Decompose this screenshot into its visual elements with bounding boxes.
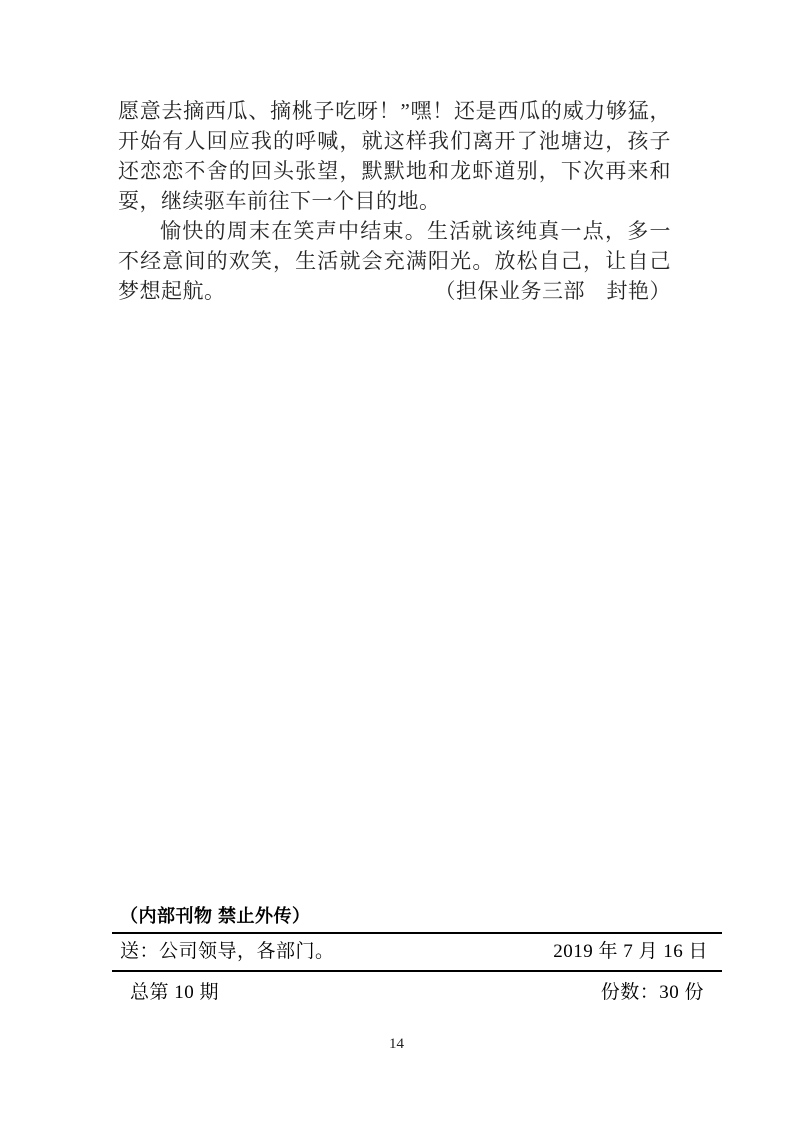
page-number: 14 — [0, 1036, 793, 1053]
document-page: 愿意去摘西瓜、摘桃子吃呀！”嘿！还是西瓜的威力够猛， 开始有人回应我的呼喊，就这… — [0, 0, 793, 1122]
issue-info-row: 总第 10 期 份数：30 份 — [112, 972, 722, 1014]
issue-number: 总第 10 期 — [130, 972, 219, 1014]
body-closing-text: 梦想起航。 — [118, 276, 226, 306]
body-line-paragraph-start: 愉快的周末在笑声中结束。生活就该纯真一点，多一些 — [118, 216, 671, 246]
body-closing-row: 梦想起航。 （担保业务三部 封艳） — [118, 276, 671, 306]
issue-footer: （内部刊物 禁止外传） 送：公司领导，各部门。 2019 年 7 月 16 日 … — [112, 902, 722, 1014]
article-body: 愿意去摘西瓜、摘桃子吃呀！”嘿！还是西瓜的威力够猛， 开始有人回应我的呼喊，就这… — [118, 96, 671, 306]
internal-publication-notice: （内部刊物 禁止外传） — [112, 902, 722, 930]
body-line: 不经意间的欢笑，生活就会充满阳光。放松自己，让自己的 — [118, 246, 671, 276]
body-line: 开始有人回应我的呼喊，就这样我们离开了池塘边，孩子们 — [118, 126, 671, 156]
author-attribution: （担保业务三部 封艳） — [435, 276, 672, 306]
body-line: 还恋恋不舍的回头张望，默默地和龙虾道别，下次再来和你 — [118, 156, 671, 186]
body-line: 耍，继续驱车前往下一个目的地。 — [118, 186, 671, 216]
issue-date: 2019 年 7 月 16 日 — [553, 934, 708, 970]
body-line: 愿意去摘西瓜、摘桃子吃呀！”嘿！还是西瓜的威力够猛， — [118, 96, 671, 126]
distribution-row: 送：公司领导，各部门。 2019 年 7 月 16 日 — [112, 934, 722, 970]
copies-count: 份数：30 份 — [601, 972, 704, 1014]
distribution-label: 送：公司领导，各部门。 — [120, 934, 335, 970]
